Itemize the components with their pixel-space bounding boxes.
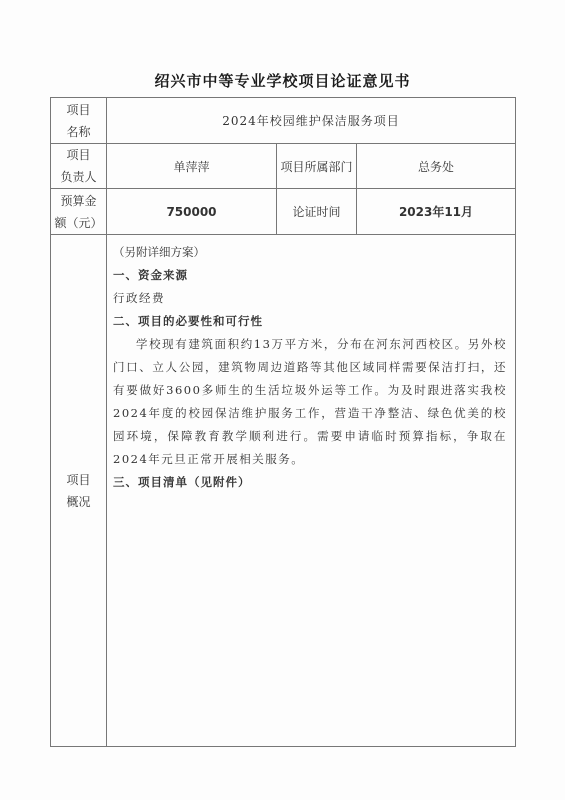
section-funding-heading: 一、资金来源 (113, 264, 507, 287)
overview-content: （另附详细方案） 一、资金来源 行政经费 二、项目的必要性和可行性 学校现有建筑… (107, 235, 516, 747)
department-label: 项目所属部门 (277, 144, 357, 189)
document-title: 绍兴市中等专业学校项目论证意见书 (0, 70, 565, 91)
section-item-list-heading: 三、项目清单（见附件） (113, 471, 507, 494)
row-budget: 预算金 额（元） 750000 论证时间 2023年11月 (51, 189, 516, 235)
overview-label: 项目 概况 (51, 235, 107, 747)
review-date-value: 2023年11月 (357, 189, 516, 235)
project-name-label: 项目 名称 (51, 98, 107, 144)
department-value: 总务处 (357, 144, 516, 189)
project-form-table: 项目 名称 2024年校园维护保洁服务项目 项目 负责人 单萍萍 项目所属部门 … (50, 97, 516, 747)
project-leader-label: 项目 负责人 (51, 144, 107, 189)
budget-label: 预算金 额（元） (51, 189, 107, 235)
review-date-label: 论证时间 (277, 189, 357, 235)
project-name-value: 2024年校园维护保洁服务项目 (107, 98, 516, 144)
section-funding-body: 行政经费 (113, 287, 507, 310)
attachment-note: （另附详细方案） (113, 241, 507, 264)
row-project-name: 项目 名称 2024年校园维护保洁服务项目 (51, 98, 516, 144)
section-necessity-body: 学校现有建筑面积约13万平方米，分布在河东河西校区。另外校门口、立人公园，建筑物… (113, 333, 507, 471)
section-necessity-heading: 二、项目的必要性和可行性 (113, 310, 507, 333)
row-project-leader: 项目 负责人 单萍萍 项目所属部门 总务处 (51, 144, 516, 189)
budget-value: 750000 (107, 189, 277, 235)
row-overview: 项目 概况 （另附详细方案） 一、资金来源 行政经费 二、项目的必要性和可行性 … (51, 235, 516, 747)
project-leader-value: 单萍萍 (107, 144, 277, 189)
